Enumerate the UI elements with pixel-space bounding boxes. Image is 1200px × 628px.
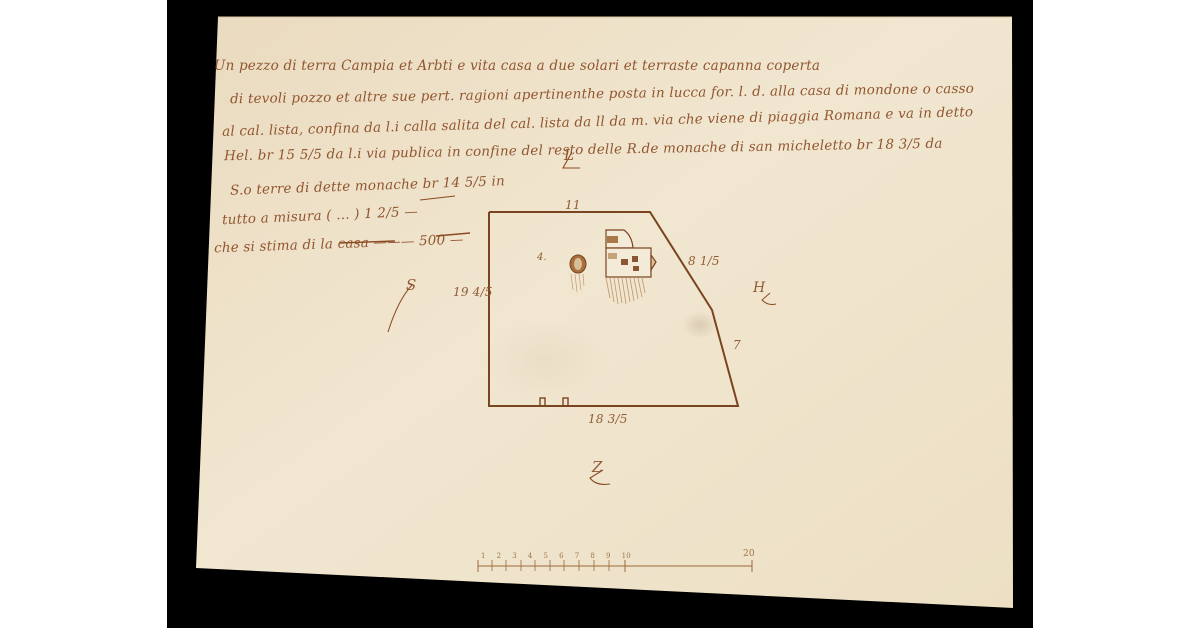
- dimension-left: 19 4/5: [453, 285, 493, 299]
- scale-tick-label: 8: [590, 552, 595, 560]
- scale-tick-label: 1: [481, 552, 486, 560]
- compass-west: S: [406, 276, 416, 294]
- scale-tick-label: 3: [512, 552, 517, 560]
- compass-south: Z: [592, 458, 603, 476]
- scale-tick-label: 9: [606, 552, 611, 560]
- well-label: 4.: [537, 252, 547, 263]
- scale-tick-label: 4: [528, 552, 533, 560]
- scale-tick-label: 6: [559, 552, 564, 560]
- dimension-top: 11: [565, 198, 581, 212]
- dimension-right-upper: 8 1/5: [688, 254, 720, 268]
- scale-tick-label: 7: [575, 552, 580, 560]
- scale-tick-label: 2: [497, 552, 502, 560]
- text-line-1: Un pezzo di terra Campia et Arbti e vita…: [214, 58, 820, 74]
- dimension-right-lower: 7: [733, 338, 741, 352]
- compass-north: L: [564, 146, 574, 164]
- scale-end-label: 20: [743, 549, 755, 559]
- compass-east: H: [753, 280, 765, 296]
- scale-tick-label: 10: [622, 552, 631, 560]
- scale-ticks: 1 2 3 4 5 6 7 8 9 10: [481, 552, 631, 560]
- dimension-bottom: 18 3/5: [588, 412, 628, 426]
- scale-tick-label: 5: [544, 552, 549, 560]
